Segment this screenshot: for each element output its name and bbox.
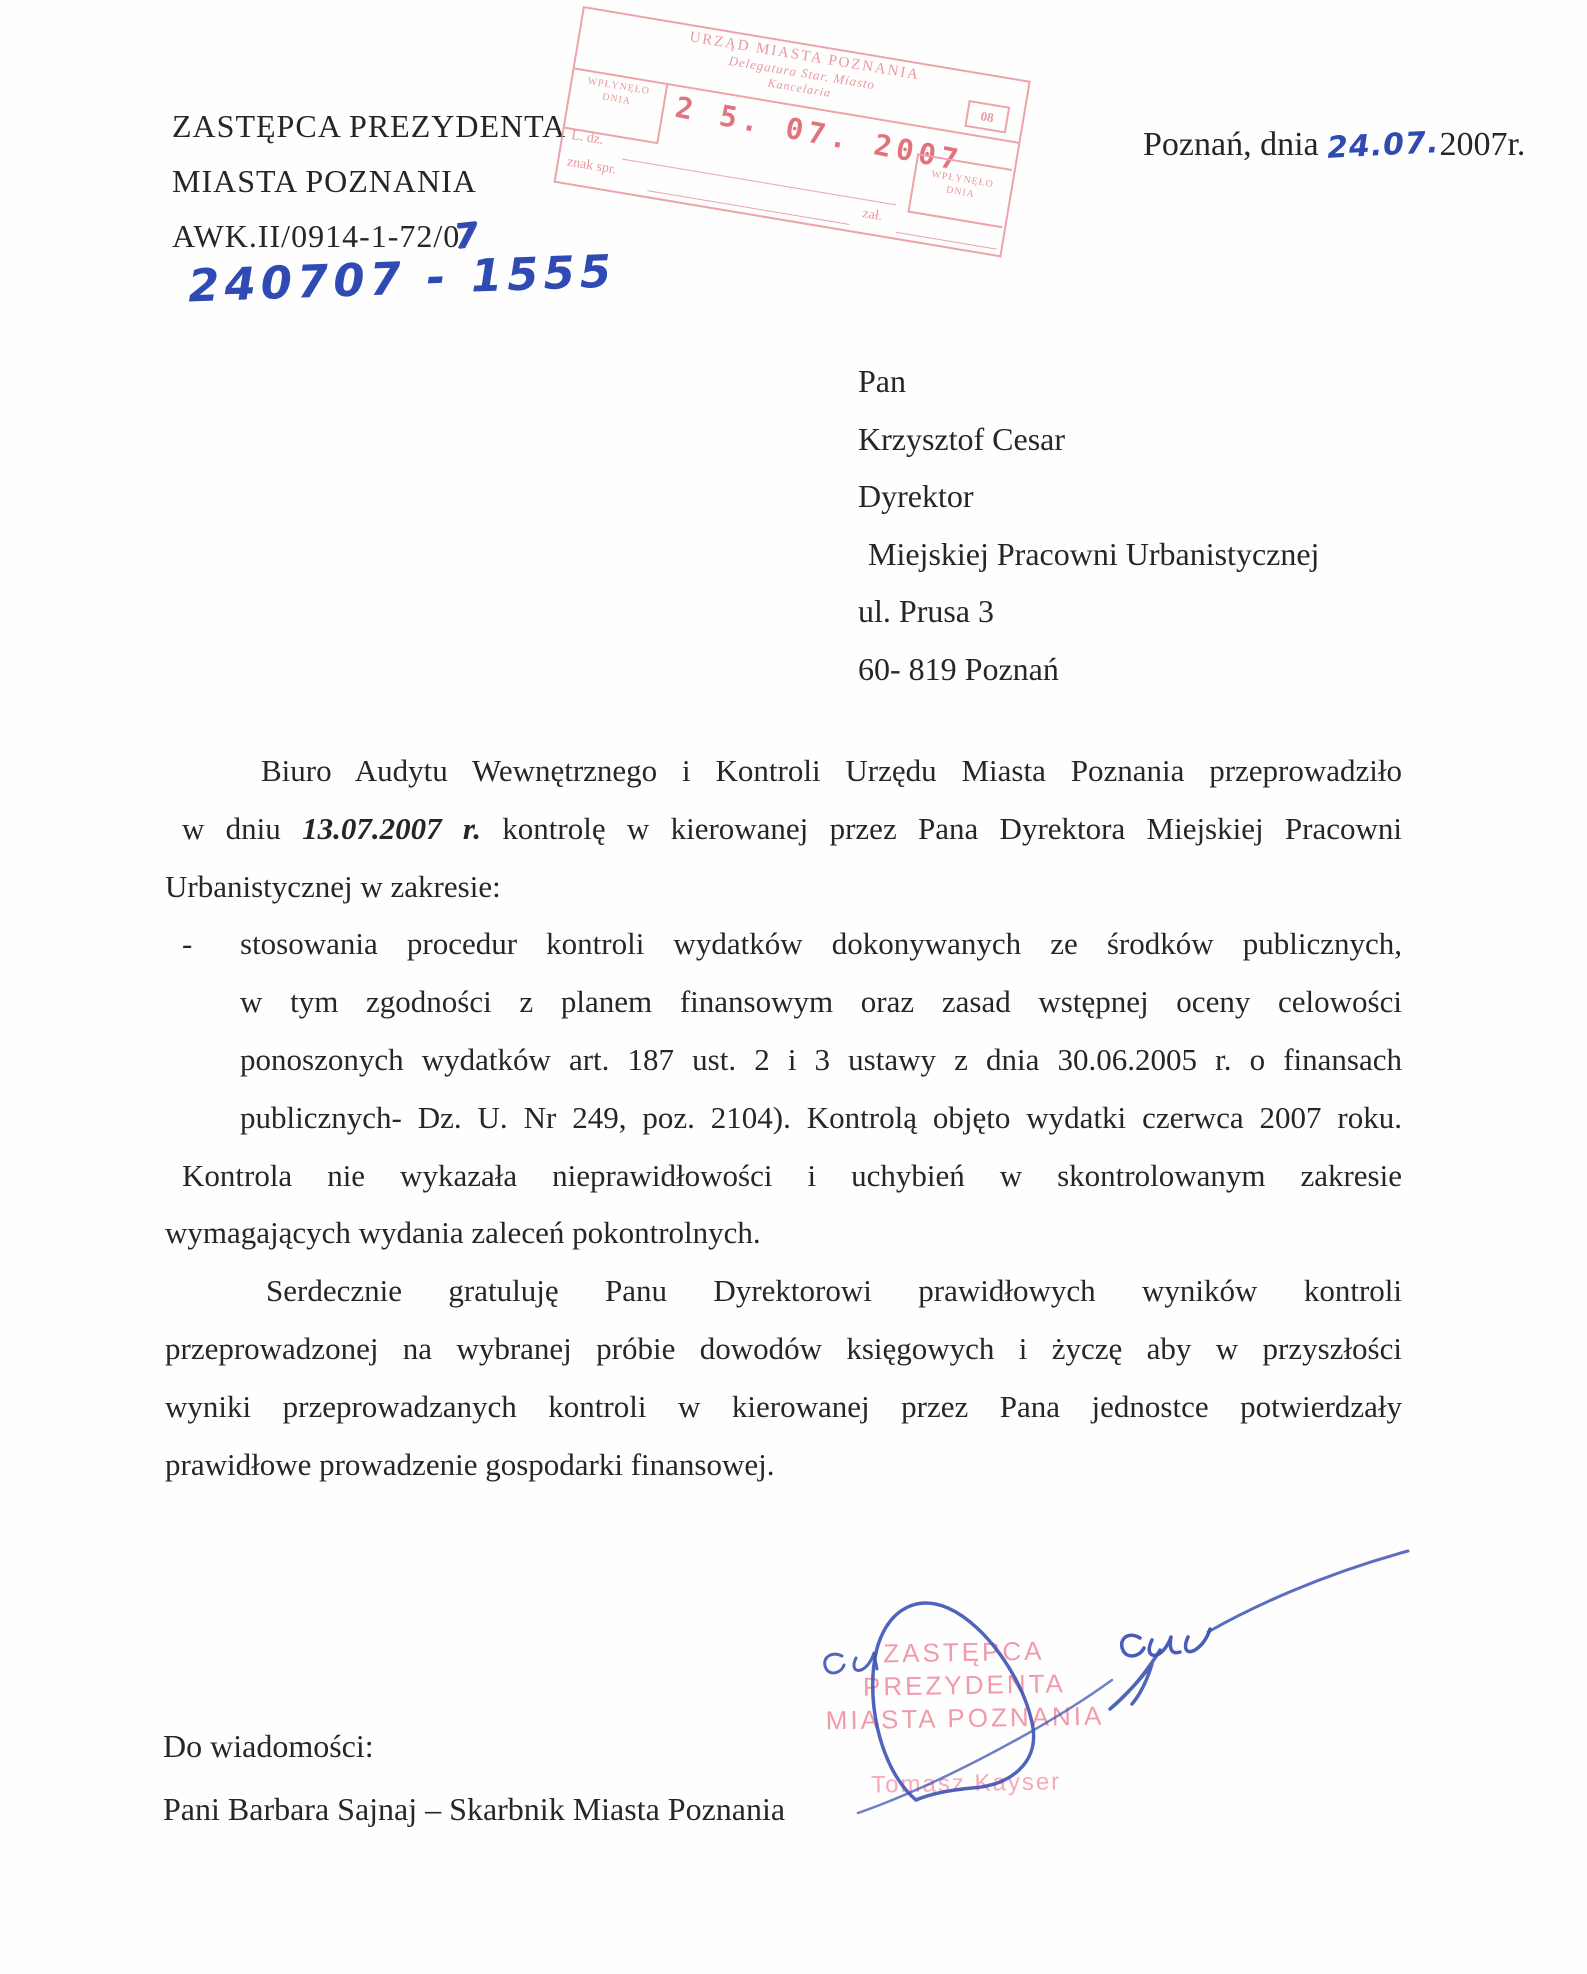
recipient-city: 60- 819 Poznań [858,641,1319,699]
stamp-znak-label: znak spr. [566,155,618,179]
stamp-zal-label: zał. [861,206,883,225]
body-line: w tym zgodności z planem finansowym oraz… [165,973,1402,1031]
body-line: Kontrola nie wykazała nieprawidłowości i… [165,1147,1402,1205]
body-line: przeprowadzonej na wybranej próbie dowod… [165,1320,1402,1378]
recipient-title: Dyrektor [858,468,1319,526]
body-line: prawidłowe prowadzenie gospodarki finans… [165,1436,1402,1494]
recipient-name: Krzysztof Cesar [858,411,1319,469]
dateline-year: 2007r. [1439,126,1525,163]
body-line: w dniu 13.07.2007 r. kontrolę w kierowan… [165,800,1402,858]
stamp-zal-line [896,232,997,250]
body-line: Urbanistycznej w zakresie: [165,858,1402,916]
letter-body: Biuro Audytu Wewnętrznego i Kontroli Urz… [165,742,1402,1493]
signature-stamp: ZASTĘPCA PREZYDENTA MIASTA POZNANIA Toma… [794,1633,1137,1801]
body-line: wyniki przeprowadzanych kontroli w kiero… [165,1378,1402,1436]
sender-title-line1: ZASTĘPCA PREZYDENTA [172,99,566,154]
signature-stamp-line1: ZASTĘPCA PREZYDENTA [794,1633,1135,1705]
body-line: wymagających wydania zaleceń pokontrolny… [165,1204,1402,1262]
recipient-street: ul. Prusa 3 [858,583,1319,641]
body-line: publicznych- Dz. U. Nr 249, poz. 2104). … [165,1089,1402,1147]
cc-label: Do wiadomości: [163,1728,785,1765]
body-line: Serdecznie gratuluję Panu Dyrektorowi pr… [165,1262,1402,1320]
dateline: Poznań, dnia 24.07.2007r. [1143,126,1525,164]
scanned-letter-page: ZASTĘPCA PREZYDENTA MIASTA POZNANIA AWK.… [0,0,1587,1974]
body-line: Biuro Audytu Wewnętrznego i Kontroli Urz… [165,742,1402,800]
recipient-salutation: Pan [858,353,1319,411]
sender-title-line2: MIASTA POZNANIA [172,154,566,209]
sender-block: ZASTĘPCA PREZYDENTA MIASTA POZNANIA AWK.… [172,99,566,264]
entry-stamp: URZĄD MIASTA POZNANIA Delegatura Star. M… [553,6,1030,257]
recipient-organization: Miejskiej Pracowni Urbanistycznej [858,526,1319,584]
body-line: ponoszonych wydatków art. 187 ust. 2 i 3… [165,1031,1402,1089]
stamp-received-box-right: WPŁYNĘŁO DNIA [907,153,1012,228]
signature-stamp-line2: MIASTA POZNANIA [795,1699,1136,1738]
recipient-block: Pan Krzysztof Cesar Dyrektor Miejskiej P… [858,353,1319,698]
dateline-place: Poznań, dnia [1143,126,1319,163]
cc-block: Do wiadomości: Pani Barbara Sajnaj – Ska… [163,1728,785,1828]
cc-recipient: Pani Barbara Sajnaj – Skarbnik Miasta Po… [163,1791,785,1828]
control-date: 13.07.2007 r. [302,811,481,846]
stamp-znak-line [647,190,849,225]
stamp-ldz-line [622,159,896,206]
body-line-bullet: -stosowania procedur kontroli wydatków d… [165,915,1402,973]
dateline-handwritten-date: 24.07. [1326,125,1440,166]
signature-stamp-name: Tomasz Kayser [796,1767,1136,1801]
bullet-dash: - [182,915,192,973]
